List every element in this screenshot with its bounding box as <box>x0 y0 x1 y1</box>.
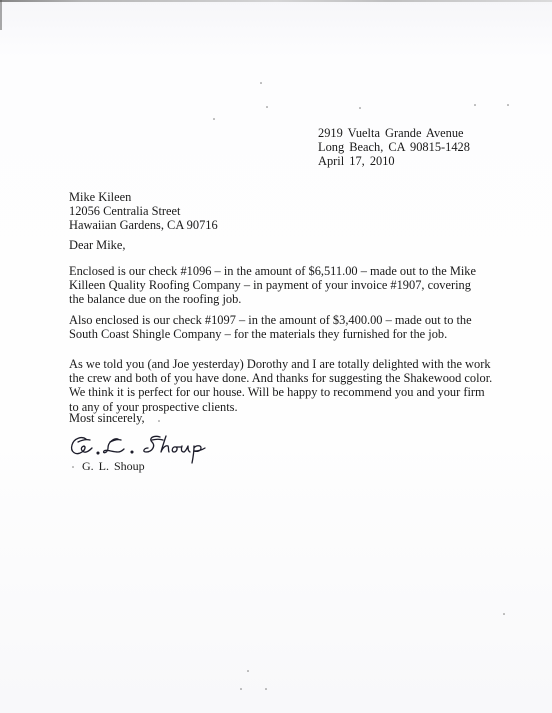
typed-signer-name: G. L. Shoup <box>82 459 145 473</box>
paragraph-line: Enclosed is our check #1096 – in the amo… <box>69 264 476 278</box>
recipient-address-block: Mike Kileen 12056 Centralia Street Hawai… <box>69 190 218 232</box>
sender-street: 2919 Vuelta Grande Avenue <box>318 126 470 140</box>
sender-city: Long Beach, CA 90815-1428 <box>318 140 470 154</box>
paragraph-line: Also enclosed is our check #1097 – in th… <box>69 313 472 327</box>
closing: Most sincerely, <box>69 411 145 425</box>
paragraph-thanks: As we told you (and Joe yesterday) Dorot… <box>69 357 492 414</box>
paragraph-line: We think it is perfect for our house. Wi… <box>69 385 492 399</box>
letter-page: 2919 Vuelta Grande Avenue Long Beach, CA… <box>0 0 552 713</box>
paragraph-line: the balance due on the roofing job. <box>69 292 476 306</box>
scan-speck <box>260 82 262 84</box>
scan-speck <box>503 613 505 615</box>
scan-speck <box>213 118 215 120</box>
recipient-city: Hawaiian Gardens, CA 90716 <box>69 218 218 232</box>
scan-speck <box>240 688 242 690</box>
sender-address-block: 2919 Vuelta Grande Avenue Long Beach, CA… <box>318 126 470 168</box>
scan-speck <box>247 670 249 672</box>
paragraph-line: the crew and both of you have done. And … <box>69 371 492 385</box>
scan-speck <box>359 107 361 109</box>
scan-speck <box>72 466 74 468</box>
scan-speck <box>266 106 268 108</box>
scan-speck <box>474 104 476 106</box>
letter-date: April 17, 2010 <box>318 154 470 168</box>
paragraph-payment-shingle: Also enclosed is our check #1097 – in th… <box>69 313 472 341</box>
scan-speck <box>507 104 509 106</box>
recipient-name: Mike Kileen <box>69 190 218 204</box>
paragraph-line: South Coast Shingle Company – for the ma… <box>69 327 472 341</box>
scan-speck <box>265 688 267 690</box>
scan-speck <box>158 420 160 422</box>
paragraph-payment-roofing: Enclosed is our check #1096 – in the amo… <box>69 264 476 307</box>
scan-top-edge <box>0 0 552 2</box>
salutation: Dear Mike, <box>69 238 125 252</box>
paragraph-line: Killeen Quality Roofing Company – in pay… <box>69 278 476 292</box>
paragraph-line: As we told you (and Joe yesterday) Dorot… <box>69 357 492 371</box>
recipient-street: 12056 Centralia Street <box>69 204 218 218</box>
scan-left-edge <box>0 0 2 30</box>
